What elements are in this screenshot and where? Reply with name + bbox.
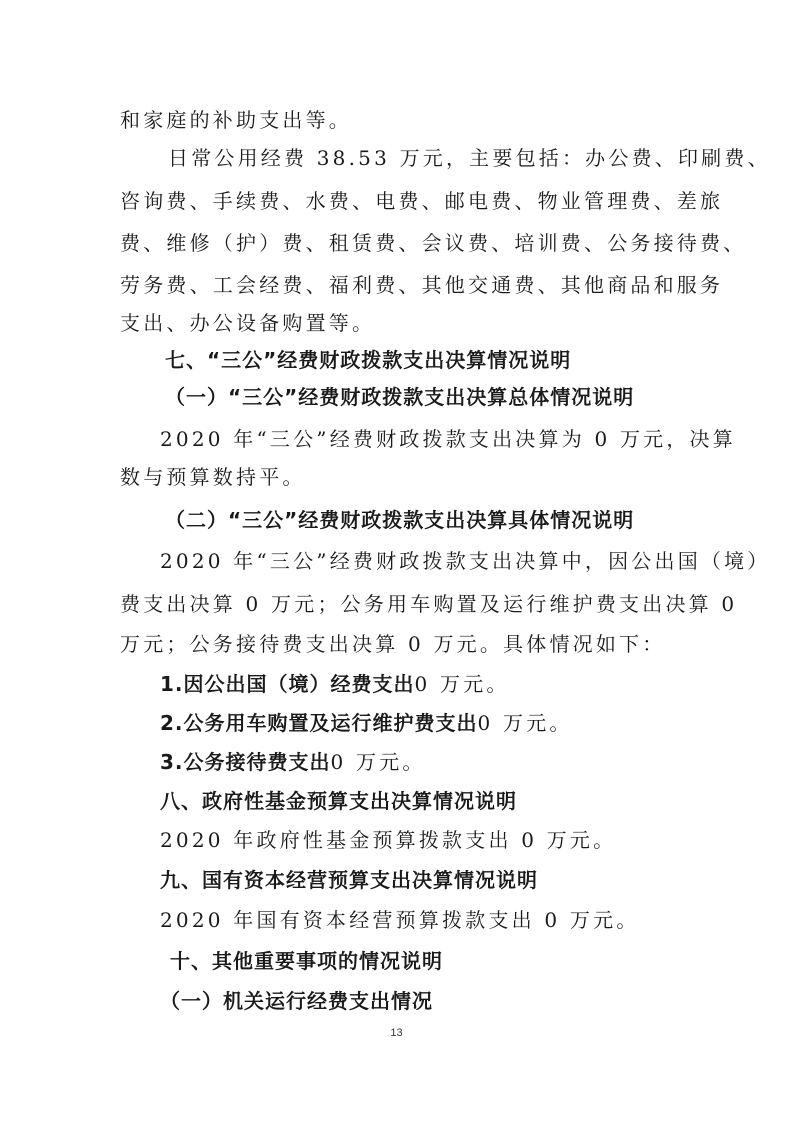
paragraph-line: 费支出决算 0 万元；公务用车购置及运行维护费支出决算 0 xyxy=(120,590,680,618)
document-page: 和家庭的补助支出等。 日常公用经费 38.53 万元，主要包括：办公费、印刷费、… xyxy=(0,0,793,1122)
paragraph-line: 2020 年“三公”经费财政拨款支出决算中，因公出国（境） xyxy=(160,547,720,575)
paragraph-line: 2020 年“三公”经费财政拨款支出决算为 0 万元，决算 xyxy=(160,425,720,453)
list-item-label: 3.公务接待费支出 xyxy=(160,750,331,774)
section-heading-10: 十、其他重要事项的情况说明 xyxy=(170,947,730,975)
paragraph-line: 费、维修（护）费、租赁费、会议费、培训费、公务接待费、 xyxy=(120,229,680,257)
paragraph-line: 日常公用经费 38.53 万元，主要包括：办公费、印刷费、 xyxy=(168,144,728,172)
list-item-value: 0 万元。 xyxy=(415,672,510,696)
list-item-1: 1.因公出国（境）经费支出0 万元。 xyxy=(160,670,720,698)
list-item-value: 0 万元。 xyxy=(478,711,573,735)
list-item-label: 1.因公出国（境）经费支出 xyxy=(160,672,415,696)
paragraph-line: 劳务费、工会经费、福利费、其他交通费、其他商品和服务 xyxy=(120,271,680,299)
section-heading-8: 八、政府性基金预算支出决算情况说明 xyxy=(160,787,720,815)
paragraph-line: 2020 年国有资本经营预算拨款支出 0 万元。 xyxy=(160,906,720,934)
section-heading-9: 九、国有资本经营预算支出决算情况说明 xyxy=(160,866,720,894)
list-item-2: 2.公务用车购置及运行维护费支出0 万元。 xyxy=(160,709,720,737)
paragraph-line: 数与预算数持平。 xyxy=(120,463,680,491)
subheading-7-2: （二）“三公”经费财政拨款支出决算具体情况说明 xyxy=(165,506,725,534)
subheading-7-1: （一）“三公”经费财政拨款支出决算总体情况说明 xyxy=(165,383,725,411)
paragraph-line: 2020 年政府性基金预算拨款支出 0 万元。 xyxy=(160,826,720,854)
list-item-label: 2.公务用车购置及运行维护费支出 xyxy=(160,711,478,735)
list-item-value: 0 万元。 xyxy=(331,750,426,774)
page-number: 13 xyxy=(0,1027,793,1039)
paragraph-line: 咨询费、手续费、水费、电费、邮电费、物业管理费、差旅 xyxy=(120,187,680,215)
paragraph-line: 万元；公务接待费支出决算 0 万元。具体情况如下： xyxy=(120,630,680,658)
subheading-10-1: （一）机关运行经费支出情况 xyxy=(160,987,720,1015)
list-item-3: 3.公务接待费支出0 万元。 xyxy=(160,748,720,776)
paragraph-line: 和家庭的补助支出等。 xyxy=(120,106,680,134)
section-heading-7: 七、“三公”经费财政拨款支出决算情况说明 xyxy=(165,346,725,374)
paragraph-line: 支出、办公设备购置等。 xyxy=(120,309,680,337)
